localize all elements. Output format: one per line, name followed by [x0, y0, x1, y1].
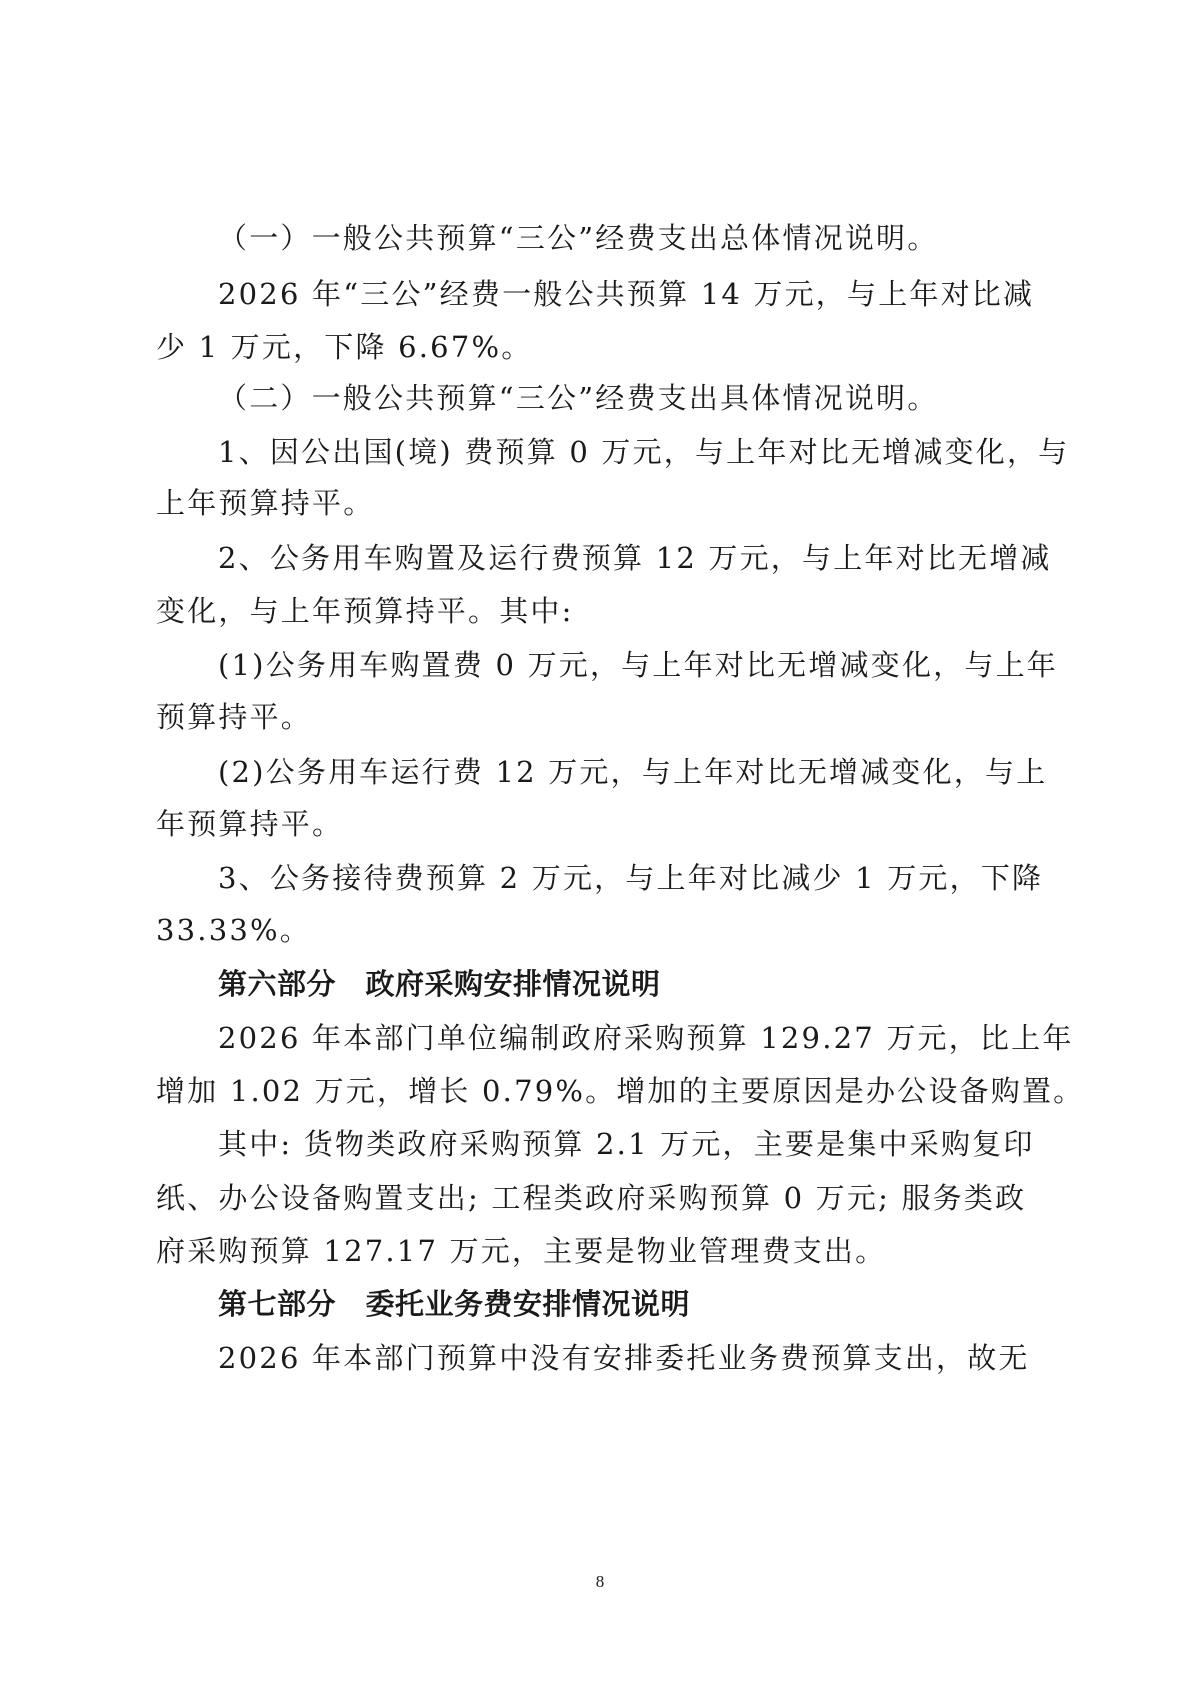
- section-heading-part-seven: 第七部分 委托业务费安排情况说明: [218, 1280, 1118, 1328]
- paragraph-line: 2026 年“三公”经费一般公共预算 14 万元，与上年对比减: [218, 270, 1118, 318]
- paragraph-line: 1、因公出国(境) 费预算 0 万元，与上年对比无增减变化，与: [218, 428, 1118, 476]
- paragraph-line: 增加 1.02 万元，增长 0.79%。增加的主要原因是办公设备购置。: [156, 1067, 1056, 1115]
- paragraph-line: 其中: 货物类政府采购预算 2.1 万元，主要是集中采购复印: [218, 1120, 1118, 1168]
- subheading-overall-three-public: （一）一般公共预算“三公”经费支出总体情况说明。: [218, 214, 1118, 262]
- paragraph-line: 纸、办公设备购置支出; 工程类政府采购预算 0 万元; 服务类政: [156, 1174, 1056, 1222]
- paragraph-line: 年预算持平。: [156, 800, 1056, 848]
- paragraph-line: 预算持平。: [156, 693, 1056, 741]
- paragraph-line: 变化，与上年预算持平。其中:: [156, 587, 1056, 635]
- paragraph-line: 33.33%。: [156, 906, 1056, 954]
- section-heading-part-six: 第六部分 政府采购安排情况说明: [218, 960, 1118, 1008]
- document-page: （一）一般公共预算“三公”经费支出总体情况说明。 2026 年“三公”经费一般公…: [0, 0, 1200, 1697]
- paragraph-line: 2026 年本部门预算中没有安排委托业务费预算支出，故无: [218, 1334, 1118, 1382]
- paragraph-line: (2)公务用车运行费 12 万元，与上年对比无增减变化，与上: [218, 748, 1118, 796]
- paragraph-line: 上年预算持平。: [156, 479, 1056, 527]
- paragraph-line: 2、公务用车购置及运行费预算 12 万元，与上年对比无增减: [218, 534, 1118, 582]
- page-number: 8: [0, 1572, 1200, 1592]
- subheading-specific-three-public: （二）一般公共预算“三公”经费支出具体情况说明。: [218, 374, 1118, 422]
- paragraph-line: (1)公务用车购置费 0 万元，与上年对比无增减变化，与上年: [218, 641, 1118, 689]
- paragraph-line: 府采购预算 127.17 万元，主要是物业管理费支出。: [156, 1227, 1056, 1275]
- paragraph-line: 3、公务接待费预算 2 万元，与上年对比减少 1 万元，下降: [218, 854, 1118, 902]
- paragraph-line: 少 1 万元，下降 6.67%。: [156, 323, 1056, 371]
- paragraph-line: 2026 年本部门单位编制政府采购预算 129.27 万元，比上年: [218, 1014, 1118, 1062]
